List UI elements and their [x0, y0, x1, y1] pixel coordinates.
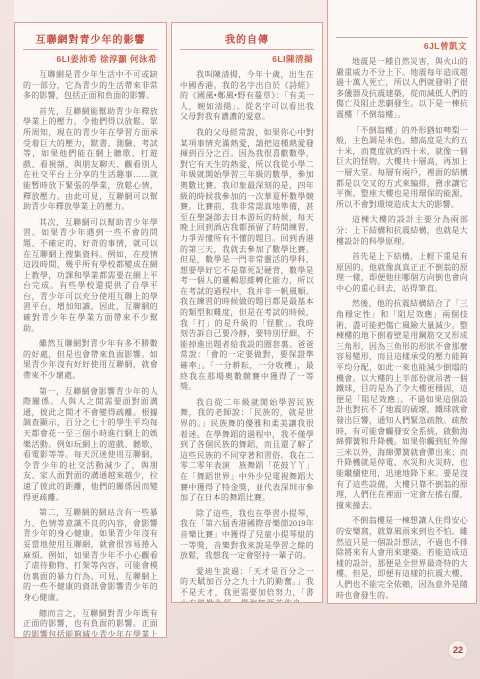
magazine-page: 互聯網對青少年的影響 6LI姜沛希 徐淳灝 何泳希 互聯網是青少年生活中不可或缺… [0, 0, 480, 679]
paragraph: 首先，互聯網能幫助青少年釋放學業上的壓力，令他們得以放鬆。眾所周知，現在的青少年… [23, 107, 158, 213]
paragraph: 首先是上下結構，上輕下重是有原因的，他就像真真正正不倒翁的原理一樣，即便他往哪個… [336, 252, 468, 294]
article-autobiography-column: 我的自傳 6LI陳清揚 我叫陳清揚，今年十歲，出生在中國香港。我的名字出自於《詩… [171, 22, 323, 603]
paragraph: 不倒翁樓是一棟想讓人住得安心的安樂窩，就算風雨來到也不怕。雖然這只是一個設計想法… [336, 516, 468, 601]
paragraph: 第二，互聯網的網站含有一些暴力、色情等意識不良的內容，會影響青少年的身心健康。如… [23, 508, 158, 603]
paragraph: 然後，他的抗震結構結合了「三角穩定性」和「阻尼效應」兩個技術，盡可能把傷亡風險大… [336, 299, 468, 511]
article-building-column: 6JL曾凱文 地震是一種自然災害，與火山的嚴重威力不分上下。地震每年造成超過十萬… [327, 0, 477, 604]
page-number-badge: 22 [449, 641, 467, 659]
paragraph: 這棟大樓的設計主要分為兩部分：上下結構和抗震結構，也就是大樓設計的科學原理。 [336, 215, 468, 247]
title-divider [180, 49, 314, 50]
paragraph: 地震是一種自然災害，與火山的嚴重威力不分上下。地震每年造成超過十萬人死亡，所以人… [336, 57, 468, 121]
paragraph: 雖然互聯網對青少年有多不勝數的好處，但是也會帶來負面影響。如果青少年沒有好好使用… [23, 339, 158, 381]
paragraph: 我自從二年級就開始學習民族舞，我的老師說：「民族的，就是世界的。」民族舞的優雅和… [180, 398, 314, 504]
paragraph: 總而言之，互聯網對青少年既有正面的影響，也有負面的影響。正面的影響包括能夠減少青… [23, 609, 158, 639]
paragraph: 互聯網是青少年生活中不可或缺的一部分，它為青少的生活帶來非常多的影響，包括正面和… [23, 70, 158, 102]
paragraph: 除了這些，我也在學習小提琴，我在「第六屆香港國際音樂節2019年音樂比賽」中獲得… [180, 509, 314, 562]
title-divider [336, 37, 468, 38]
paragraph: 其次，互聯網可以幫助青少年學習。如果青少年遇到一些不會的問題、不確定的、好奇的事… [23, 218, 158, 335]
paragraph: 愛迪生說過：「天才是百分之一的天賦加百分之九十九的勤奮。」我不是天才，我更需要加… [180, 567, 314, 603]
paragraph: 「不倒翁樓」的外形猶如啤梨一般，主色調是米色。總高度是大約五十米，而寬度就約四十… [336, 126, 468, 211]
paragraph: 我叫陳清揚，今年十歲，出生在中國香港。我的名字出自於《詩經》的《國風•鄭風•野有… [180, 70, 314, 123]
paragraph: 我的父母經常說，如果你心中對某項事情充滿熱愛，請把這種熱愛發揮到百分之百。因為我… [180, 128, 314, 393]
page-number: 22 [453, 645, 463, 655]
title-divider [23, 49, 158, 50]
article-author: 6LI陳清揚 [180, 53, 313, 65]
article-internet-column: 互聯網對青少年的影響 6LI姜沛希 徐淳灝 何泳希 互聯網是青少年生活中不可或缺… [14, 22, 167, 638]
article-author: 6JL曾凱文 [336, 40, 467, 52]
article-author: 6LI姜沛希 徐淳灝 何泳希 [23, 53, 157, 65]
article-title: 我的自傳 [180, 31, 314, 46]
article-title: 互聯網對青少年的影響 [23, 31, 158, 46]
paragraph: 第一，互聯網會影響青少年的人際關係。人與人之間需要面對面溝通，彼此之間才不會變得… [23, 387, 158, 504]
